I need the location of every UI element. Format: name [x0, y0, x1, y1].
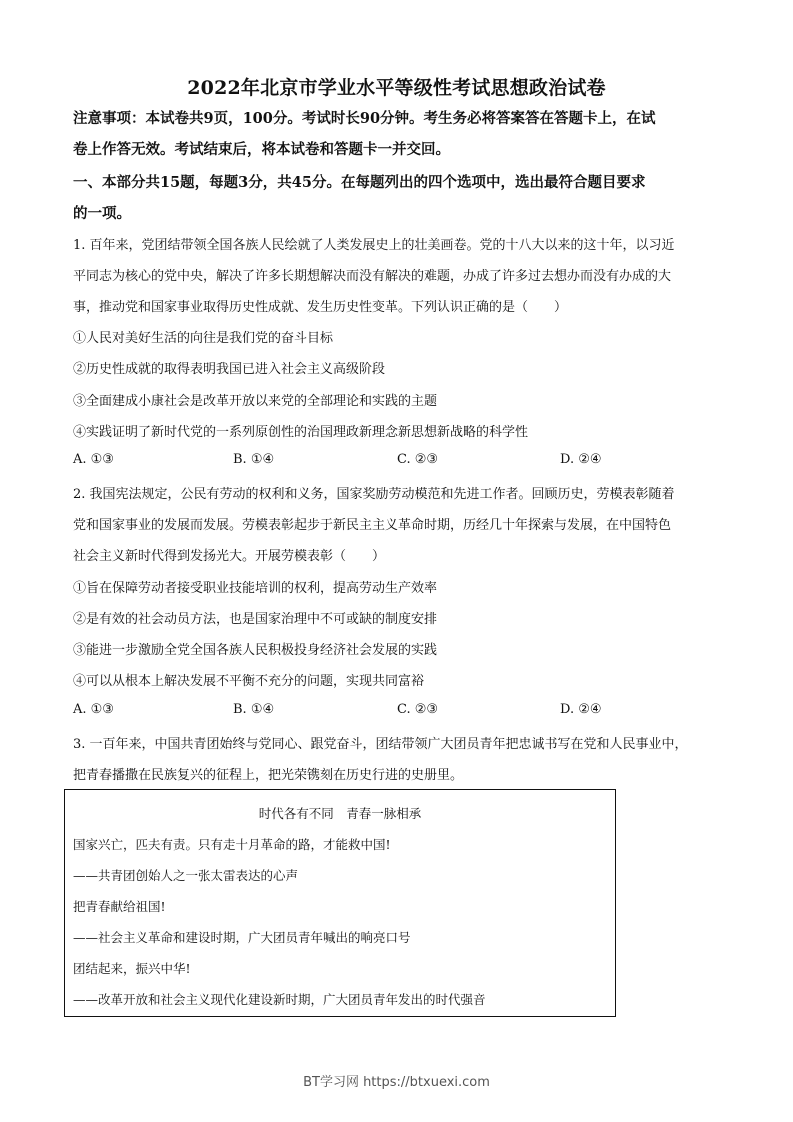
option-b: B. ①④ [233, 452, 274, 467]
material-box-title: 时代各有不同 青春一脉相承 [65, 804, 615, 822]
question-stem-line: 平同志为核心的党中央，解决了许多长期想解决而没有解决的难题，办成了许多过去想办而… [73, 265, 671, 284]
question-stem-line: 事，推动党和国家事业取得历史性成就、发生历史性变革。下列认识正确的是（ ） [73, 296, 567, 315]
question-stem-line: 1. 百年来，党团结带领全国各族人民绘就了人类发展史上的壮美画卷。党的十八大以来… [73, 234, 675, 253]
question-stem-line: 党和国家事业的发展而发展。劳模表彰起步于新民主主义革命时期，历经几十年探索与发展… [73, 514, 671, 533]
option-b: B. ①④ [233, 702, 274, 717]
footer-watermark: BT学习网 https://btxuexi.com [0, 1071, 793, 1090]
material-quote: 国家兴亡，匹夫有责。只有走十月革命的路，才能救中国! [73, 835, 391, 853]
question-stem-line: 2. 我国宪法规定，公民有劳动的权利和义务，国家奖励劳动模范和先进工作者。回顾历… [73, 483, 675, 502]
notice-line-1: 注意事项：本试卷共9页，100分。考试时长90分钟。考生务必将答案答在答题卡上，… [73, 107, 656, 128]
material-attribution: ——社会主义革命和建设时期，广大团员青年喊出的响亮口号 [73, 928, 411, 946]
material-box: 时代各有不同 青春一脉相承 国家兴亡，匹夫有责。只有走十月革命的路，才能救中国!… [64, 789, 616, 1017]
material-attribution: ——改革开放和社会主义现代化建设新时期，广大团员青年发出的时代强音 [73, 990, 486, 1008]
option-d: D. ②④ [560, 452, 602, 467]
material-quote: 团结起来，振兴中华! [73, 959, 191, 977]
statement-1: ①人民对美好生活的向往是我们党的奋斗目标 [73, 327, 333, 346]
question-stem-line: 把青春播撒在民族复兴的征程上，把光荣镌刻在历史行进的史册里。 [73, 764, 463, 783]
statement-3: ③能进一步激励全党全国各族人民积极投身经济社会发展的实践 [73, 639, 437, 658]
option-c: C. ②③ [397, 702, 438, 717]
material-attribution: ——共青团创始人之一张太雷表达的心声 [73, 866, 298, 884]
section-heading-line-2: 的一项。 [73, 202, 131, 223]
exam-title: 2022年北京市学业水平等级性考试思想政治试卷 [0, 73, 793, 100]
option-c: C. ②③ [397, 452, 438, 467]
statement-2: ②是有效的社会动员方法，也是国家治理中不可或缺的制度安排 [73, 608, 437, 627]
material-quote: 把青春献给祖国! [73, 897, 166, 915]
statement-2: ②历史性成就的取得表明我国已进入社会主义高级阶段 [73, 358, 385, 377]
statement-4: ④实践证明了新时代党的一系列原创性的治国理政新理念新思想新战略的科学性 [73, 421, 528, 440]
notice-line-2: 卷上作答无效。考试结束后，将本试卷和答题卡一并交回。 [73, 138, 450, 159]
statement-1: ①旨在保障劳动者接受职业技能培训的权利，提高劳动生产效率 [73, 577, 437, 596]
question-stem-line: 社会主义新时代得到发扬光大。开展劳模表彰（ ） [73, 545, 385, 564]
statement-3: ③全面建成小康社会是改革开放以来党的全部理论和实践的主题 [73, 390, 437, 409]
question-stem-line: 3. 一百年来，中国共青团始终与党同心、跟党奋斗，团结带领广大团员青年把忠诚书写… [73, 733, 688, 752]
option-a: A. ①③ [73, 452, 114, 467]
option-d: D. ②④ [560, 702, 602, 717]
section-heading-line-1: 一、本部分共15题，每题3分，共45分。在每题列出的四个选项中，选出最符合题目要… [73, 171, 645, 192]
statement-4: ④可以从根本上解决发展不平衡不充分的问题，实现共同富裕 [73, 670, 424, 689]
option-a: A. ①③ [73, 702, 114, 717]
